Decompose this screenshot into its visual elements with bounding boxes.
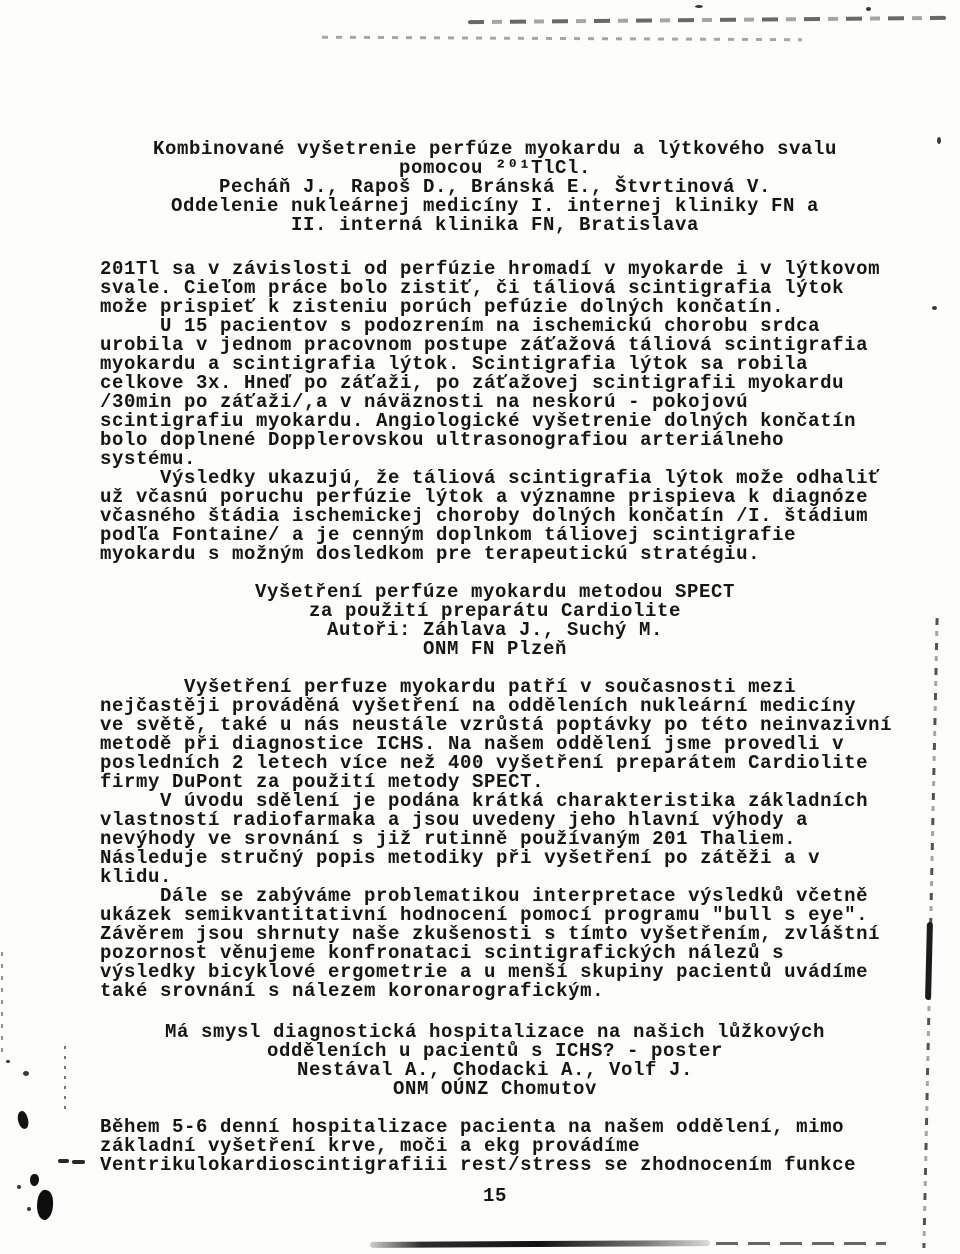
- abstract-2-body: Vyšetření perfuze myokardu patří v souča…: [100, 678, 890, 1001]
- scan-artifact-speck: [27, 1207, 31, 1211]
- scan-artifact-left-margin-line: [64, 1046, 66, 1112]
- abstract-3-affiliation: ONM OÚNZ Chomutov: [100, 1080, 890, 1099]
- abstract-section-1: Kombinované vyšetrenie perfúze myokardu …: [100, 140, 890, 564]
- scan-artifact-bottom-smudge: [370, 1240, 710, 1248]
- scan-artifact-speck: [866, 7, 871, 11]
- abstract-section-2: Vyšetření perfúze myokardu metodou SPECT…: [100, 583, 890, 1001]
- page-number: 15: [100, 1187, 890, 1206]
- scan-artifact-speck: [23, 1071, 29, 1076]
- scan-artifact-bottom-dashes: [716, 1242, 886, 1245]
- scan-artifact-ink-blob: [30, 1174, 39, 1186]
- scan-artifact-speck: [932, 306, 937, 310]
- scan-artifact-speck: [695, 5, 703, 8]
- scan-artifact-speck: [937, 137, 941, 144]
- scan-artifact-left-edge-line: [1, 952, 3, 1052]
- abstracts-content: Kombinované vyšetrenie perfúze myokardu …: [100, 140, 890, 1206]
- abstract-section-3: Má smysl diagnostická hospitalizace na n…: [100, 1023, 890, 1175]
- scan-artifact-ink-blob: [15, 1110, 30, 1130]
- abstract-2-title: Vyšetření perfúze myokardu metodou SPECT…: [100, 583, 890, 621]
- scan-artifact-top-smudge: [468, 16, 946, 24]
- scan-artifact-speck: [17, 1185, 21, 1189]
- scan-artifact-top-smudge-light: [322, 36, 802, 42]
- abstract-3-body: Během 5-6 denní hospitalizace pacienta n…: [100, 1118, 890, 1175]
- scan-artifact-right-margin-line: [922, 618, 938, 1248]
- scan-artifact-speck: [6, 1060, 10, 1063]
- abstract-3-title: Má smysl diagnostická hospitalizace na n…: [100, 1023, 890, 1061]
- scan-artifact-right-margin-blob: [925, 922, 933, 1000]
- scan-artifact-ink-dash: [72, 1160, 85, 1164]
- abstract-1-affiliation: Oddelenie nukleárnej medicíny I. interne…: [100, 197, 890, 235]
- abstract-1-title: Kombinované vyšetrenie perfúze myokardu …: [100, 140, 890, 178]
- scan-artifact-ink-blob: [35, 1189, 54, 1221]
- scan-artifact-ink-dash: [58, 1159, 69, 1163]
- abstract-1-body: 201Tl sa v závislosti od perfúzie hromad…: [100, 260, 890, 564]
- abstract-2-affiliation: ONM FN Plzeň: [100, 640, 890, 659]
- scanned-document-page: Kombinované vyšetrenie perfúze myokardu …: [0, 0, 960, 1254]
